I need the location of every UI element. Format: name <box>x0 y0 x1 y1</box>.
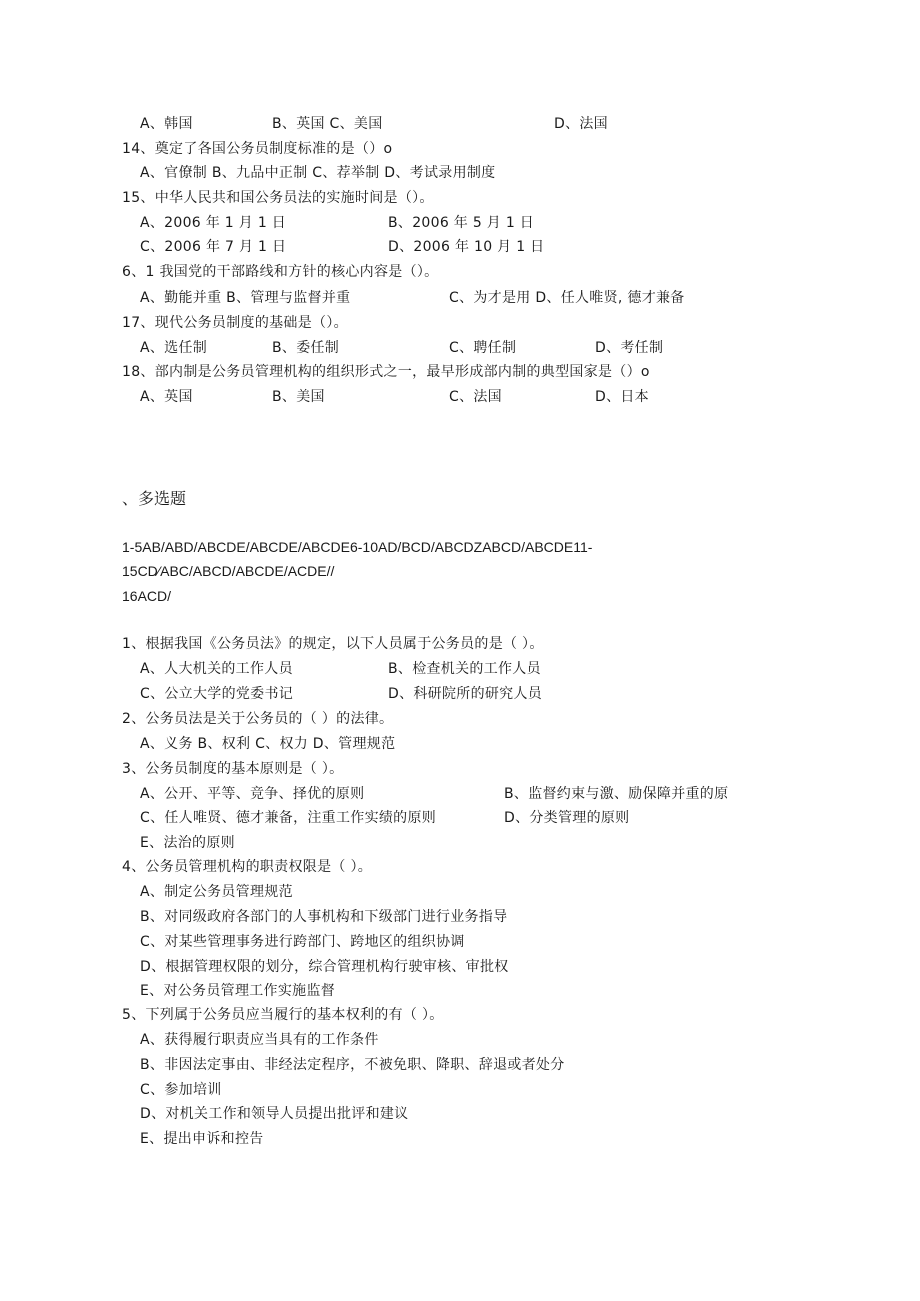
q13-option-a: A、韩国 <box>140 114 193 134</box>
q18-option-a: A、英国 <box>140 387 193 407</box>
m3-option-b: B、监督约束与激、励保障并重的原 <box>504 784 728 804</box>
m3-option-a: A、公开、平等、竞争、择优的原则 <box>140 784 364 804</box>
answer-key-line-2: 15CD⁄ABC/ABCD/ABCDE/ACDE// <box>122 561 334 581</box>
m2-options: A、义务 B、权利 C、权力 D、管理规范 <box>140 734 395 754</box>
q17-option-a: A、选任制 <box>140 338 207 358</box>
q15-option-c: C、2006 年 7 月 1 日 <box>140 237 286 257</box>
m4-option-b: B、对同级政府各部门的人事机构和下级部门进行业务指导 <box>140 907 507 927</box>
m1-option-d: D、科研院所的研究人员 <box>388 684 542 704</box>
m4-option-d: D、根据管理权限的划分，综合管理机构行驶审核、审批权 <box>140 957 509 977</box>
m4-option-a: A、制定公务员管理规范 <box>140 882 293 902</box>
q17-question: 17、现代公务员制度的基础是（）。 <box>122 313 348 333</box>
q18-option-b: B、美国 <box>272 387 325 407</box>
q14-options: A、官僚制 B、九品中正制 C、荐举制 D、考试录用制度 <box>140 163 496 183</box>
answer-key-line-3: 16ACD/ <box>122 586 171 606</box>
q13-option-d: D、法国 <box>554 114 608 134</box>
q15-option-a: A、2006 年 1 月 1 日 <box>140 213 286 233</box>
m2-question: 2、公务员法是关于公务员的（ ）的法律。 <box>122 709 393 729</box>
q16-question: 6、1 我国党的干部路线和方针的核心内容是（）。 <box>122 262 438 282</box>
m5-option-b: B、非因法定事由、非经法定程序，不被免职、降职、辞退或者处分 <box>140 1055 565 1075</box>
q18-question: 18、部内制是公务员管理机构的组织形式之一，最早形成部内制的典型国家是（）o <box>122 362 650 382</box>
q15-option-d: D、2006 年 10 月 1 日 <box>388 237 544 257</box>
q15-option-b: B、2006 年 5 月 1 日 <box>388 213 534 233</box>
section-heading-multi-choice: 、多选题 <box>122 488 186 510</box>
q15-question: 15、中华人民共和国公务员法的实施时间是（）。 <box>122 188 434 208</box>
m3-option-e: E、法治的原则 <box>140 833 235 853</box>
q16-option-ab: A、勤能并重 B、管理与监督并重 <box>140 288 350 308</box>
q13-option-bc: B、英国 C、美国 <box>272 114 383 134</box>
q16-option-cd: C、为才是用 D、任人唯贤, 德才兼备 <box>449 288 685 308</box>
q18-option-c: C、法国 <box>449 387 502 407</box>
m4-option-c: C、对某些管理事务进行跨部门、跨地区的组织协调 <box>140 932 465 952</box>
m1-option-c: C、公立大学的党委书记 <box>140 684 293 704</box>
m5-option-c: C、参加培训 <box>140 1080 222 1100</box>
m1-question: 1、根据我国《公务员法》的规定，以下人员属于公务员的是（ ）。 <box>122 634 544 654</box>
answer-key-line-1: 1-5AB/ABD/ABCDE/ABCDE/ABCDE6-10AD/BCD/AB… <box>122 537 592 557</box>
q18-option-d: D、日本 <box>595 387 649 407</box>
m3-question: 3、公务员制度的基本原则是（ ）。 <box>122 759 343 779</box>
m5-option-e: E、提出申诉和控告 <box>140 1129 264 1149</box>
m5-question: 5、下列属于公务员应当履行的基本权利的有（ ）。 <box>122 1005 444 1025</box>
m5-option-d: D、对机关工作和领导人员提出批评和建议 <box>140 1104 408 1124</box>
m4-option-e: E、对公务员管理工作实施监督 <box>140 981 335 1001</box>
q17-option-c: C、聘任制 <box>449 338 516 358</box>
m1-option-a: A、人大机关的工作人员 <box>140 659 293 679</box>
m5-option-a: A、获得履行职责应当具有的工作条件 <box>140 1030 379 1050</box>
m3-option-d: D、分类管理的原则 <box>504 808 629 828</box>
q17-option-d: D、考任制 <box>595 338 663 358</box>
q17-option-b: B、委任制 <box>272 338 339 358</box>
m4-question: 4、公务员管理机构的职责权限是（ ）。 <box>122 857 372 877</box>
m1-option-b: B、检查机关的工作人员 <box>388 659 541 679</box>
m3-option-c: C、任人唯贤、德才兼备，注重工作实绩的原则 <box>140 808 436 828</box>
q14-question: 14、奠定了各国公务员制度标准的是（）o <box>122 139 392 159</box>
